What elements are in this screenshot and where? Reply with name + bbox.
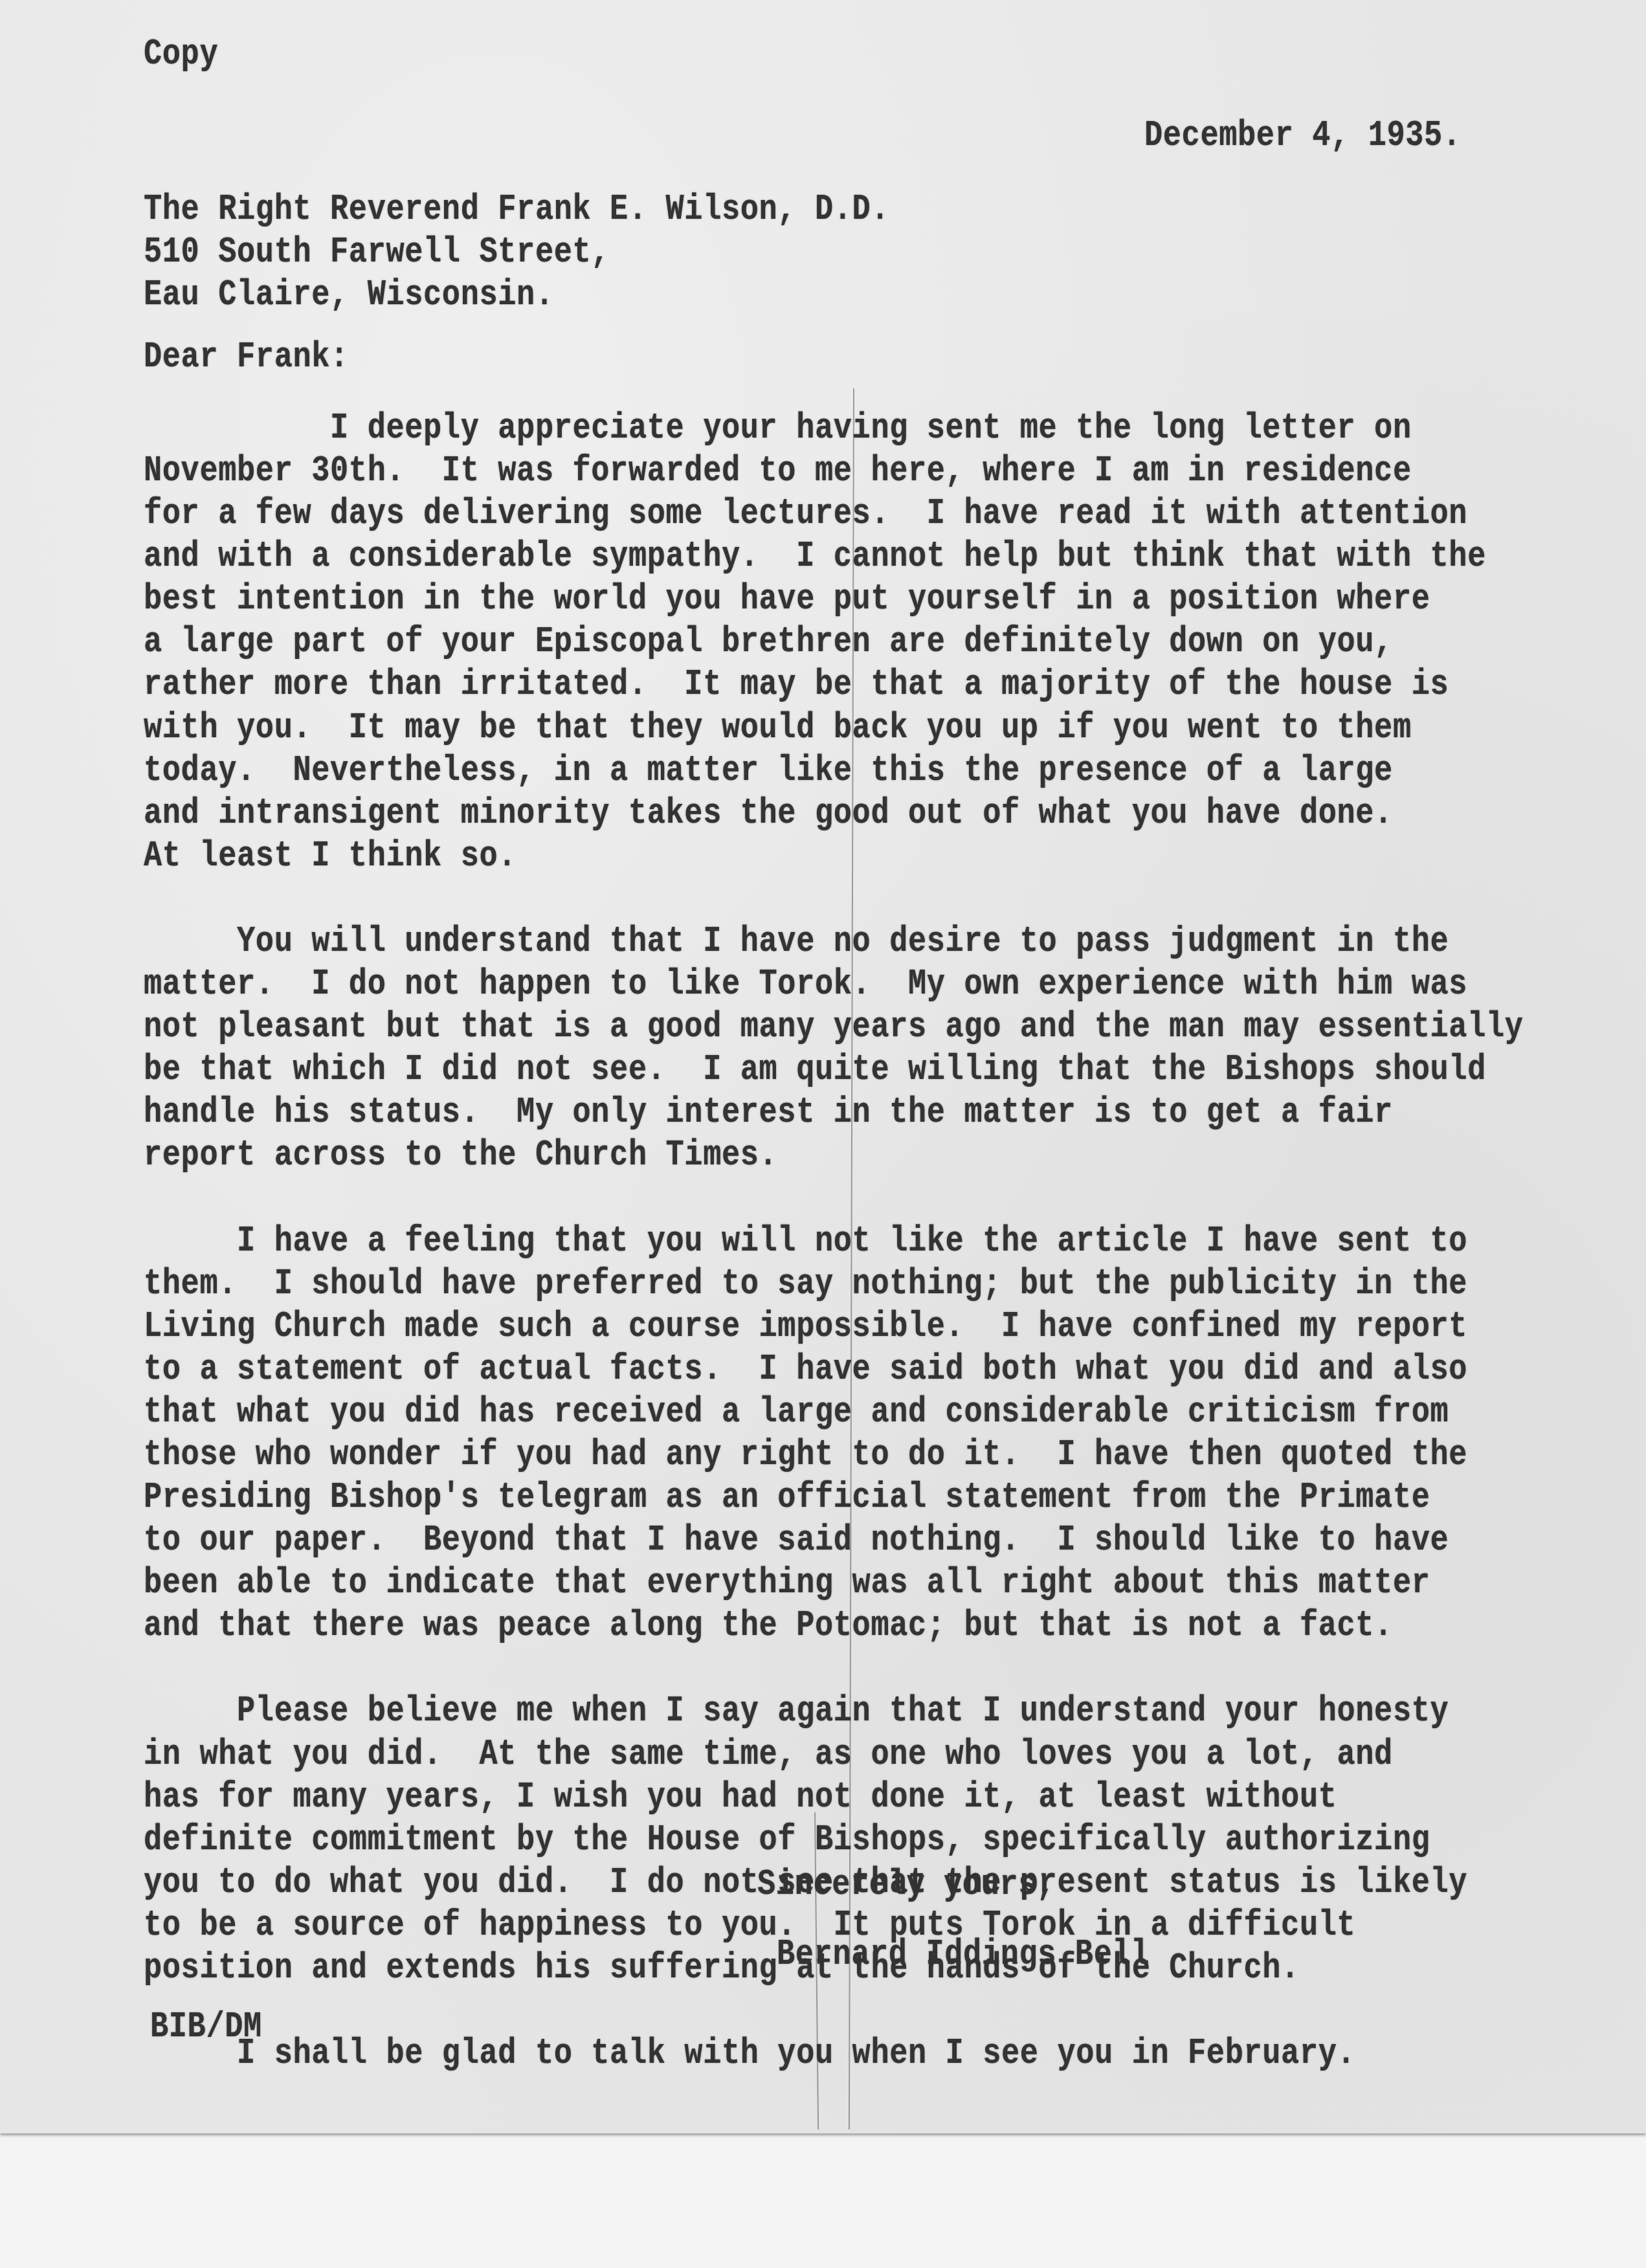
paragraph-3: I have a feeling that you will not like … (144, 1221, 1524, 1649)
letter-date: December 4, 1935. (1144, 115, 1462, 158)
paragraph-1: I deeply appreciate your having sent me … (144, 408, 1524, 878)
recipient-city: Eau Claire, Wisconsin. (144, 275, 554, 316)
paragraph-5: I shall be glad to talk with you when I … (144, 2033, 1524, 2076)
signature-name: Bernard Iddings Bell (777, 1934, 1150, 1977)
salutation: Dear Frank: (144, 337, 349, 379)
recipient-name: The Right Reverend Frank E. Wilson, D.D. (144, 190, 889, 230)
paragraph-2: You will understand that I have no desir… (144, 921, 1524, 1177)
reference-initials: BIB/DM (150, 2007, 262, 2049)
letter-page: Copy December 4, 1935. The Right Reveren… (0, 0, 1646, 2133)
recipient-street: 510 South Farwell Street, (144, 232, 610, 273)
copy-mark: Copy (144, 34, 218, 76)
letter-body: I deeply appreciate your having sent me … (144, 408, 1524, 2076)
closing: Sincerely yours, (757, 1864, 1056, 1907)
recipient-address: The Right Reverend Frank E. Wilson, D.D.… (144, 189, 889, 317)
